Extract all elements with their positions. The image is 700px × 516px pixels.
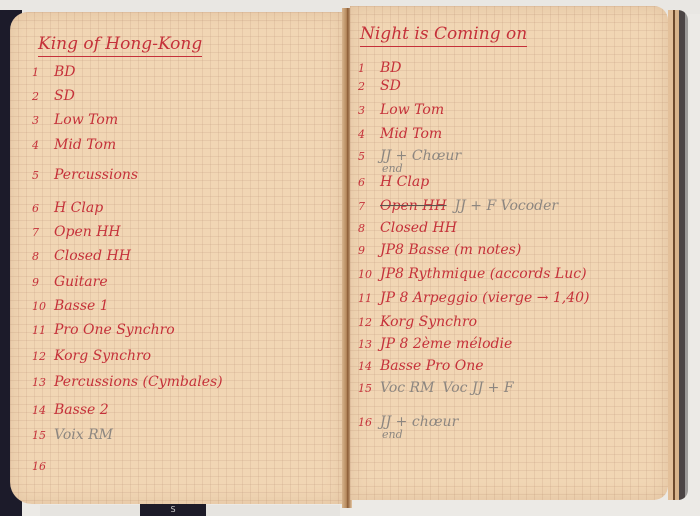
entry-number: 2	[32, 90, 54, 103]
entry-text: JP 8 2ème mélodie	[380, 336, 512, 352]
list-item: 5Percussions	[32, 167, 138, 183]
entry-number: 12	[358, 316, 380, 329]
entry-text: Voc RM	[380, 380, 434, 396]
entry-text: Low Tom	[54, 112, 118, 128]
entry-number: 8	[32, 250, 54, 263]
entry-text: JP8 Basse (m notes)	[380, 242, 521, 258]
entry-number: 3	[32, 114, 54, 127]
list-item: 15Voc RMVoc JJ + F	[358, 380, 514, 396]
entry-number: 5	[32, 169, 54, 182]
entry-text: Basse Pro One	[380, 358, 484, 374]
entry-number: 6	[358, 176, 380, 189]
entry-text: H Clap	[54, 200, 103, 216]
entry-subnote: end	[382, 428, 403, 441]
entry-number: 10	[32, 300, 54, 313]
entry-number: 1	[32, 66, 54, 79]
entry-number: 7	[32, 226, 54, 239]
list-item: 13Percussions (Cymbales)	[32, 374, 223, 390]
entry-number: 5	[358, 150, 380, 163]
entry-text: Mid Tom	[54, 137, 116, 153]
list-item: 8Closed HH	[358, 220, 457, 236]
entry-text: Pro One Synchro	[54, 322, 175, 338]
entry-text: Open HH	[54, 224, 121, 240]
list-item: 9JP8 Basse (m notes)	[358, 242, 521, 258]
entry-text: Percussions (Cymbales)	[54, 374, 223, 390]
entry-number: 10	[358, 268, 380, 281]
list-item: 6H Clap	[358, 174, 429, 190]
entry-text: JP8 Rythmique (accords Luc)	[380, 266, 587, 282]
page-edges	[668, 10, 688, 500]
entry-text: SD	[380, 78, 401, 94]
entry-text: Closed HH	[54, 248, 131, 264]
entry-text: JP 8 Arpeggio (vierge → 1,40)	[380, 290, 590, 306]
entry-number: 14	[358, 360, 380, 373]
entry-text: BD	[54, 64, 76, 80]
entry-number: 11	[32, 324, 54, 337]
list-item: 13JP 8 2ème mélodie	[358, 336, 512, 352]
list-item: 12Korg Synchro	[32, 348, 151, 364]
list-item: 5JJ + Chœurend	[358, 148, 461, 164]
entry-number: 12	[32, 350, 54, 363]
list-item: 16	[32, 458, 54, 474]
entry-text: BD	[380, 60, 402, 76]
list-item: 15Voix RM	[32, 427, 113, 443]
list-item: 10Basse 1	[32, 298, 109, 314]
entry-number: 9	[32, 276, 54, 289]
entry-text: Mid Tom	[380, 126, 442, 142]
entry-number: 15	[358, 382, 380, 395]
entry-text: SD	[54, 88, 75, 104]
list-item: 6H Clap	[32, 200, 103, 216]
entry-annotation: JJ + F Vocoder	[455, 198, 558, 214]
list-item: 4Mid Tom	[32, 137, 116, 153]
entry-text: H Clap	[380, 174, 429, 190]
list-item: 14Basse Pro One	[358, 358, 484, 374]
entry-number: 13	[358, 338, 380, 351]
entry-number: 7	[358, 200, 380, 213]
entry-text: Basse 2	[54, 402, 109, 418]
entry-number: 2	[358, 80, 380, 93]
list-item: 11Pro One Synchro	[32, 322, 175, 338]
list-item: 7Open HHJJ + F Vocoder	[358, 198, 558, 214]
list-item: 3Low Tom	[32, 112, 118, 128]
entry-number: 16	[32, 460, 54, 473]
list-item: 2SD	[358, 78, 401, 94]
entry-text: Open HH	[380, 198, 447, 214]
list-item: 4Mid Tom	[358, 126, 442, 142]
list-item: 7Open HH	[32, 224, 121, 240]
entry-number: 13	[32, 376, 54, 389]
entry-number: 3	[358, 104, 380, 117]
list-item: 1BD	[358, 60, 402, 76]
entry-number: 9	[358, 244, 380, 257]
right-page: Night is Coming on 1BD2SD3Low Tom4Mid To…	[350, 6, 668, 500]
list-item: 11JP 8 Arpeggio (vierge → 1,40)	[358, 290, 590, 306]
list-item: 9Guitare	[32, 274, 108, 290]
entry-number: 14	[32, 404, 54, 417]
entry-number: 4	[358, 128, 380, 141]
left-page-title: King of Hong-Kong	[38, 34, 202, 57]
entry-number: 15	[32, 429, 54, 442]
entry-number: 4	[32, 139, 54, 152]
entry-text: Percussions	[54, 167, 138, 183]
entry-text: Basse 1	[54, 298, 109, 314]
left-page: King of Hong-Kong 1BD2SD3Low Tom4Mid Tom…	[10, 12, 343, 504]
entry-number: 16	[358, 416, 380, 429]
right-page-title: Night is Coming on	[360, 24, 527, 47]
entry-text: Guitare	[54, 274, 108, 290]
list-item: 12Korg Synchro	[358, 314, 477, 330]
entry-number: 6	[32, 202, 54, 215]
list-item: 2SD	[32, 88, 75, 104]
entry-number: 11	[358, 292, 380, 305]
entry-text: Korg Synchro	[54, 348, 151, 364]
list-item: 1BD	[32, 64, 76, 80]
entry-number: 8	[358, 222, 380, 235]
list-item: 10JP8 Rythmique (accords Luc)	[358, 266, 587, 282]
list-item: 16JJ + chœurend	[358, 414, 458, 430]
entry-text: Korg Synchro	[380, 314, 477, 330]
list-item: 14Basse 2	[32, 402, 109, 418]
entry-text: Voix RM	[54, 427, 113, 443]
list-item: 8Closed HH	[32, 248, 131, 264]
entry-text: Closed HH	[380, 220, 457, 236]
entry-annotation: Voc JJ + F	[442, 380, 513, 396]
entry-text: Low Tom	[380, 102, 444, 118]
cover-tab: S	[140, 503, 206, 516]
entry-number: 1	[358, 62, 380, 75]
list-item: 3Low Tom	[358, 102, 444, 118]
